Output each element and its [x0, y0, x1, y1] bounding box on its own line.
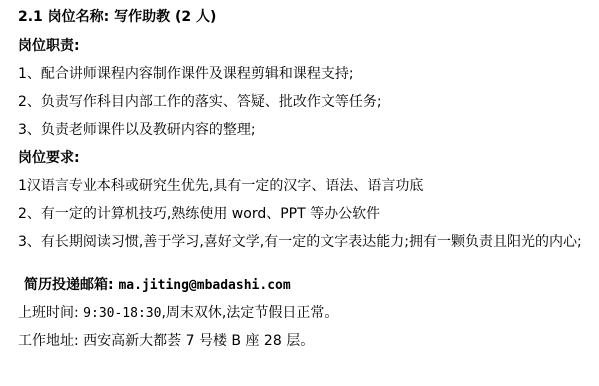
- responsibility-item-1: 1、配合讲师课程内容制作课件及课程剪辑和课程支持;: [18, 65, 589, 84]
- responsibility-item-2: 2、负责写作科目内部工作的落实、答疑、批改作文等任务;: [18, 93, 589, 112]
- page-title: 2.1 岗位名称: 写作助教 (2 人): [18, 8, 589, 27]
- email-line: 简历投递邮箱: ma.jiting@mbadashi.com: [18, 276, 589, 295]
- work-address-text: 西安高新大都荟 7 号楼 B 座 28 层。: [83, 333, 314, 349]
- working-hours-time: 9:30-18:30: [83, 306, 161, 321]
- work-address-line: 工作地址: 西安高新大都荟 7 号楼 B 座 28 层。: [18, 332, 589, 351]
- requirement-item-1: 1汉语言专业本科或研究生优先,具有一定的汉字、语法、语言功底: [18, 177, 589, 196]
- responsibility-item-3: 3、负责老师课件以及教研内容的整理;: [18, 121, 589, 140]
- email-address: ma.jiting@mbadashi.com: [118, 278, 290, 293]
- requirements-heading: 岗位要求:: [18, 149, 589, 168]
- requirement-item-3: 3、有长期阅读习惯,善于学习,喜好文学,有一定的文字表达能力;拥有一颗负责且阳光…: [18, 233, 589, 252]
- email-label: 简历投递邮箱:: [24, 277, 114, 293]
- working-hours-label: 上班时间:: [18, 305, 79, 321]
- responsibilities-heading: 岗位职责:: [18, 37, 589, 56]
- job-posting-document: 2.1 岗位名称: 写作助教 (2 人) 岗位职责: 1、配合讲师课程内容制作课…: [0, 0, 599, 386]
- requirement-item-2: 2、有一定的计算机技巧,熟练使用 word、PPT 等办公软件: [18, 205, 589, 224]
- work-address-label: 工作地址:: [18, 333, 79, 349]
- working-hours-line: 上班时间: 9:30-18:30,周末双休,法定节假日正常。: [18, 304, 589, 323]
- working-hours-detail: ,周末双休,法定节假日正常。: [161, 305, 338, 321]
